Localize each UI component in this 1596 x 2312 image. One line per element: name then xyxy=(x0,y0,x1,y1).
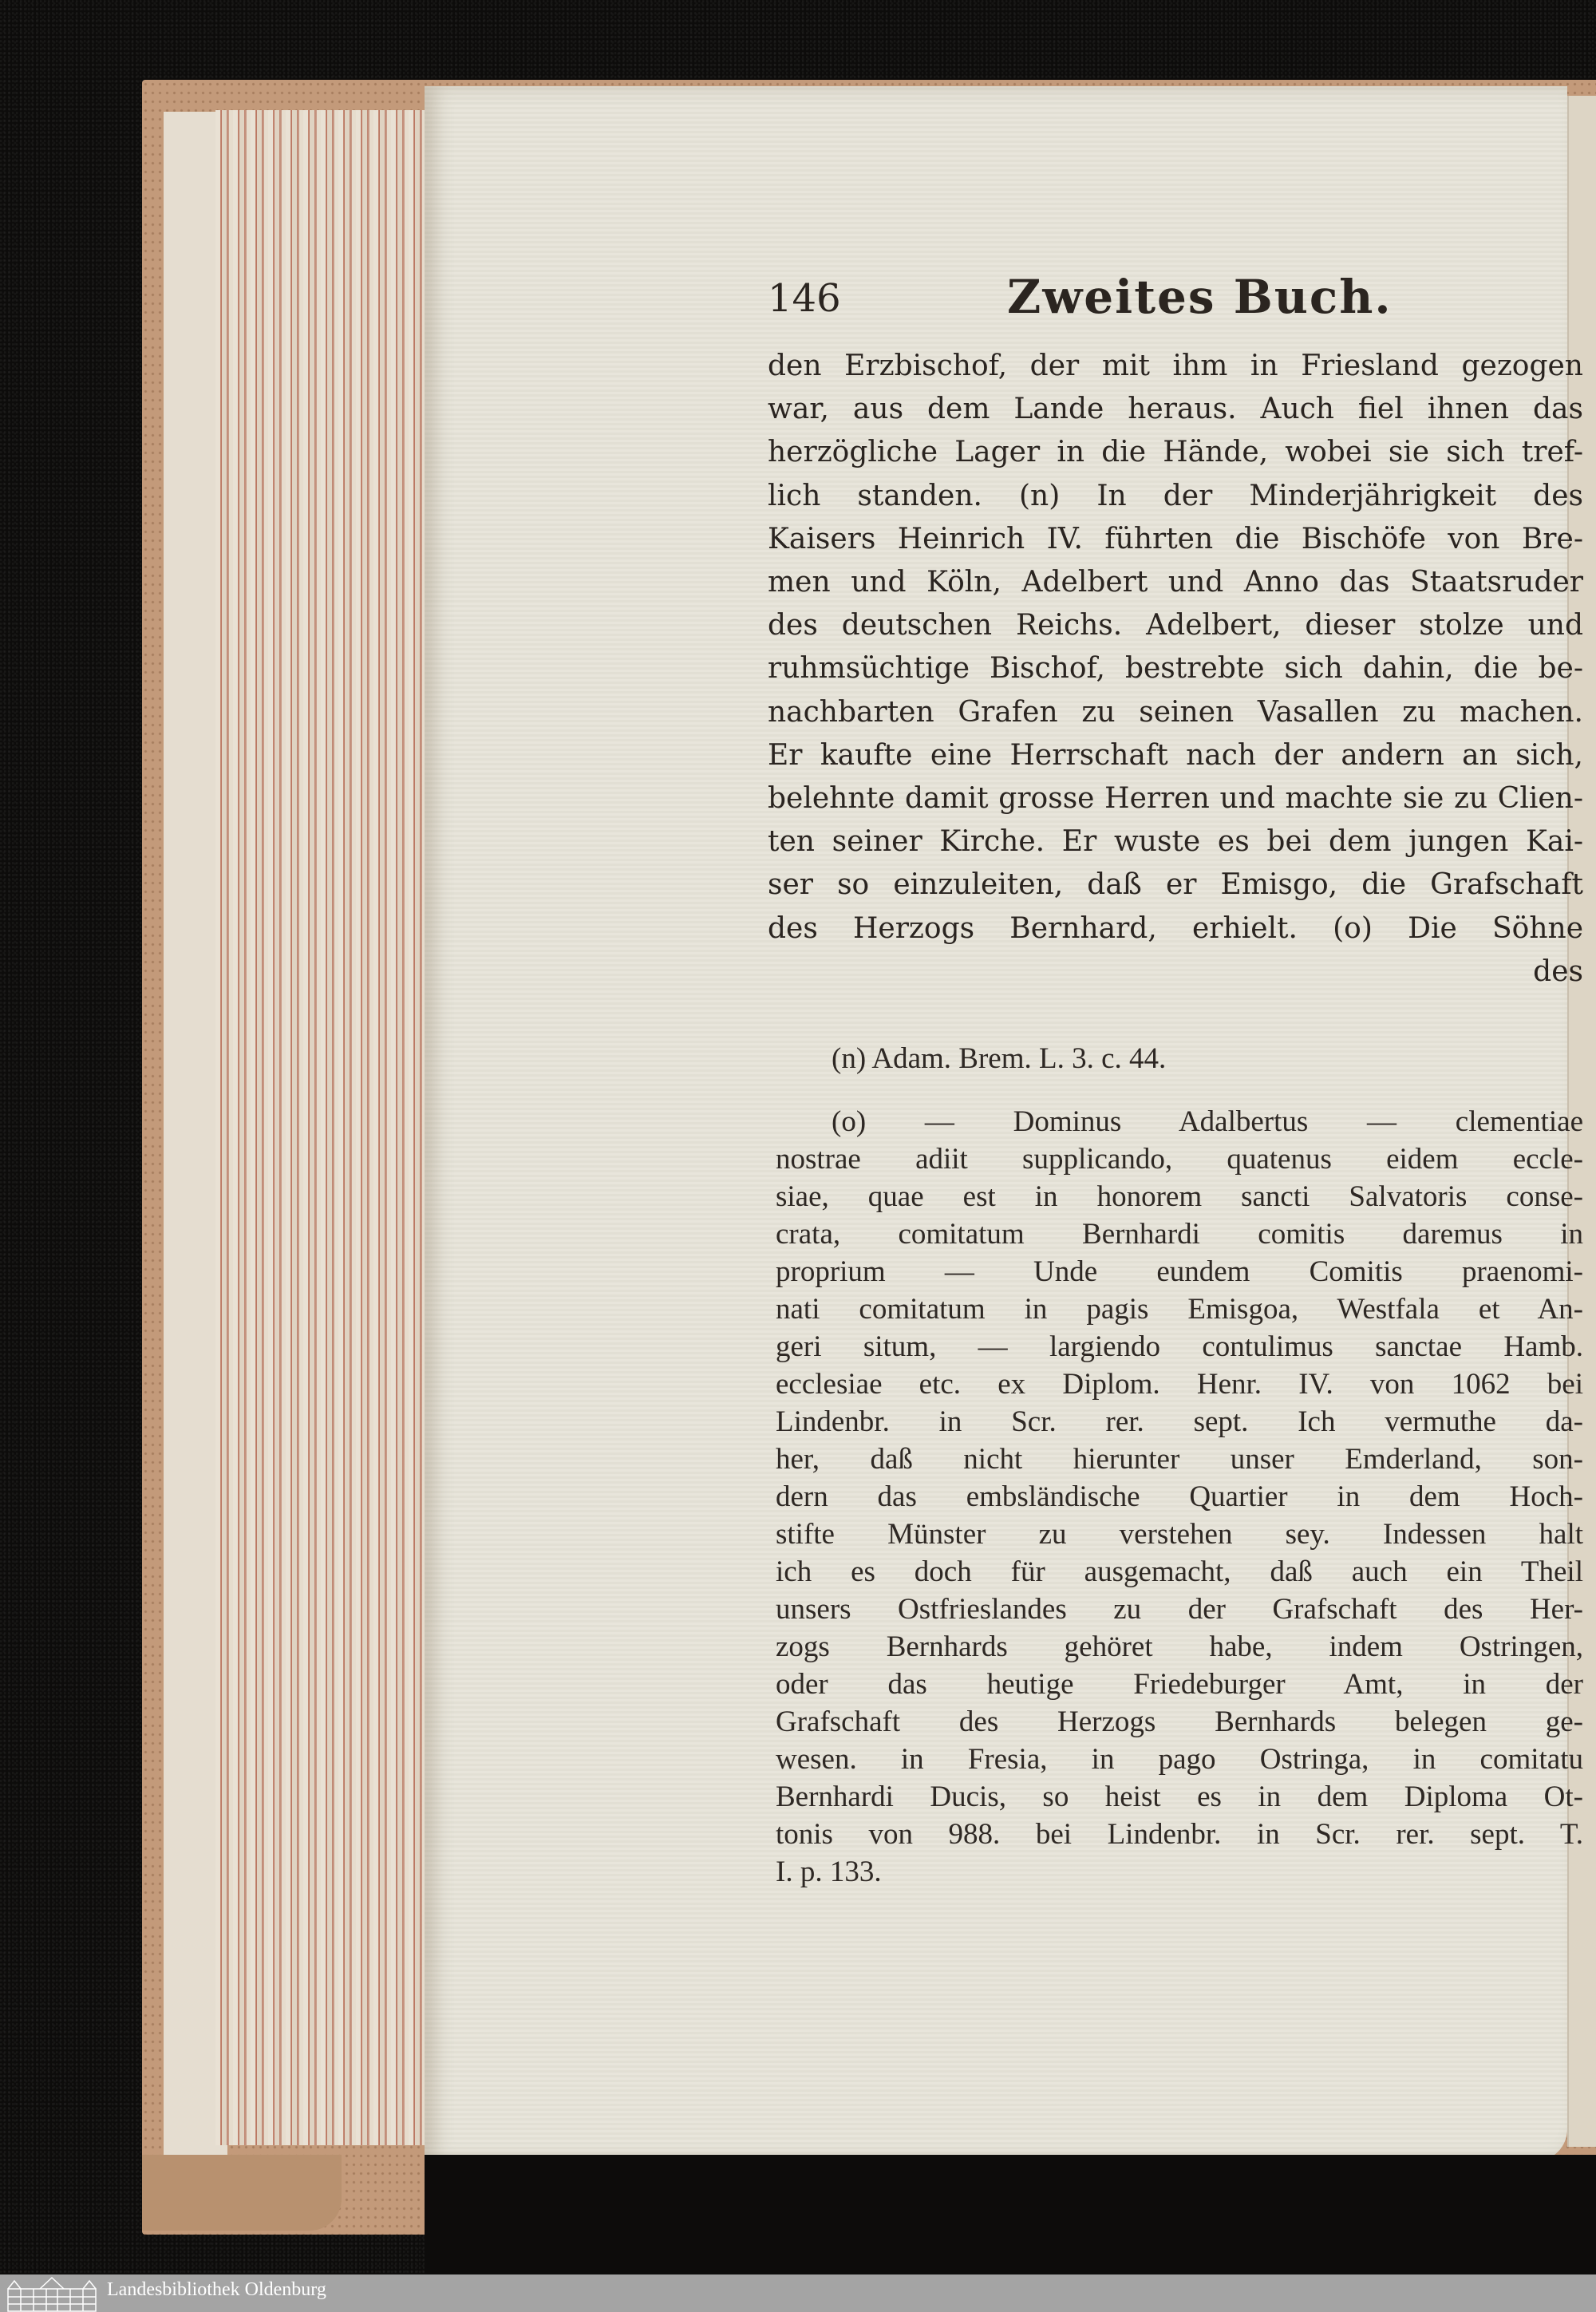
text-line: belehnte damit grosse Herren und machte … xyxy=(768,777,1583,820)
text-line: men und Köln, Adelbert und Anno das Staa… xyxy=(768,561,1583,604)
footer-bar: Landesbibliothek Oldenburg xyxy=(0,2274,1596,2312)
footnote-line: I. p. 133. xyxy=(768,1853,1583,1891)
text-line: des Herzogs Bernhard, erhielt. (o) Die S… xyxy=(768,907,1583,950)
footnote-line: stifte Münster zu verstehen sey. Indesse… xyxy=(768,1516,1583,1553)
footnote-n: (n) Adam. Brem. L. 3. c. 44. xyxy=(768,1040,1583,1077)
text-line: herzögliche Lager in die Hände, wobei si… xyxy=(768,431,1583,474)
footnote-line: Lindenbr. in Scr. rer. sept. Ich vermuth… xyxy=(768,1403,1583,1441)
footnote-line: ecclesiae etc. ex Diplom. Henr. IV. von … xyxy=(768,1365,1583,1403)
footnote-line: zogs Bernhards gehöret habe, indem Ostri… xyxy=(768,1628,1583,1666)
footnote-line: tonis von 988. bei Lindenbr. in Scr. rer… xyxy=(768,1816,1583,1853)
running-head: Zweites Buch. xyxy=(1007,270,1393,324)
footnote-line: siae, quae est in honorem sancti Salvato… xyxy=(768,1178,1583,1215)
footnote-line: nostrae adiit supplicando, quatenus eide… xyxy=(768,1140,1583,1178)
text-line: ten seiner Kirche. Er wuste es bei dem j… xyxy=(768,820,1583,864)
footnote-line: unsers Ostfrieslandes zu der Grafschaft … xyxy=(768,1591,1583,1628)
footnote-o: (o) — Dominus Adalbertus — clementiae no… xyxy=(768,1103,1583,1891)
library-building-icon xyxy=(5,2276,99,2312)
footnote-line: ich es doch für ausgemacht, daß auch ein… xyxy=(768,1553,1583,1591)
catchword: des xyxy=(768,950,1583,994)
footnote-line: (o) — Dominus Adalbertus — clementiae xyxy=(768,1103,1583,1140)
text-line: den Erzbischof, der mit ihm in Friesland… xyxy=(768,345,1583,388)
institution-name: Landesbibliothek Oldenburg xyxy=(107,2279,326,2301)
text-line: ruhmsüchtige Bischof, bestrebte sich dah… xyxy=(768,647,1583,690)
footnotes: (n) Adam. Brem. L. 3. c. 44. (o) — Domin… xyxy=(768,1040,1583,1891)
footnote-line: oder das heutige Friedeburger Amt, in de… xyxy=(768,1666,1583,1703)
text-line: Kaisers Heinrich IV. führten die Bischöf… xyxy=(768,518,1583,561)
footnote-line: her, daß nicht hierunter unser Emderland… xyxy=(768,1441,1583,1478)
text-line: des deutschen Reichs. Adelbert, dieser s… xyxy=(768,604,1583,647)
footnote-line: Bernhardi Ducis, so heist es in dem Dipl… xyxy=(768,1778,1583,1816)
footnote-line: wesen. in Fresia, in pago Ostringa, in c… xyxy=(768,1741,1583,1778)
footnote-line: proprium — Unde eundem Comitis praenomi- xyxy=(768,1253,1583,1290)
main-text: den Erzbischof, der mit ihm in Friesland… xyxy=(768,345,1583,994)
page-number: 146 xyxy=(768,276,841,321)
page-edges-stack xyxy=(215,110,425,2145)
footnote-line: crata, comitatum Bernhardi comitis darem… xyxy=(768,1215,1583,1253)
page-header: 146 Zweites Buch. xyxy=(768,270,1590,342)
text-line: lich standen. (n) In der Minderjährigkei… xyxy=(768,475,1583,518)
footnote-line: dern das embsländische Quartier in dem H… xyxy=(768,1478,1583,1516)
page-shadow xyxy=(425,2155,1596,2274)
footnote-line: nati comitatum in pagis Emisgoa, Westfal… xyxy=(768,1290,1583,1328)
footnote-line: geri situm, — largiendo contulimus sanct… xyxy=(768,1328,1583,1365)
cover-corner xyxy=(142,2155,342,2231)
footnote-line: Grafschaft des Herzogs Bernhards belegen… xyxy=(768,1703,1583,1741)
text-line: Er kaufte eine Herrschaft nach der ander… xyxy=(768,734,1583,777)
text-line: nachbarten Grafen zu seinen Vasallen zu … xyxy=(768,691,1583,734)
text-line: ser so einzuleiten, daß er Emisgo, die G… xyxy=(768,864,1583,907)
text-line: war, aus dem Lande heraus. Auch fiel ihn… xyxy=(768,388,1583,431)
